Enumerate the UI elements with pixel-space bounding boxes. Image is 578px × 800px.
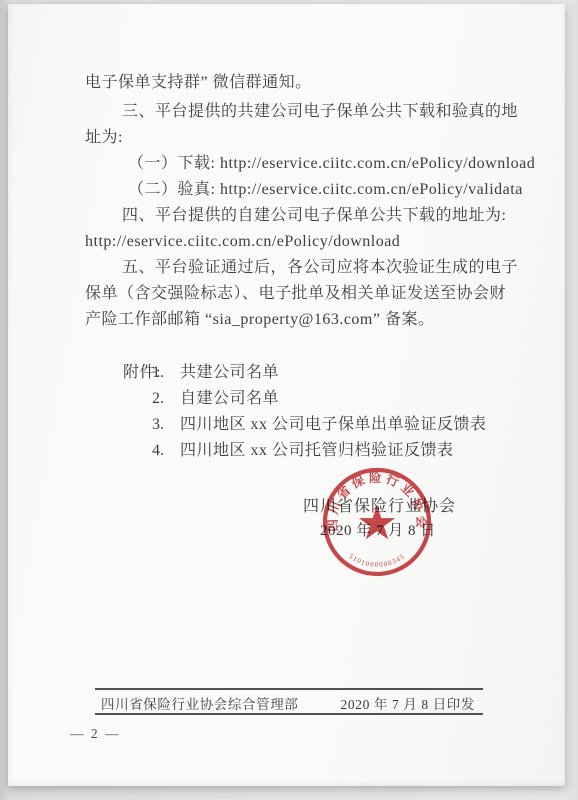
seal-star-icon xyxy=(359,505,395,539)
attachment-item: 1.共建公司名单 xyxy=(152,360,487,386)
seal-serial-number: 5101000000345 xyxy=(347,552,406,569)
body-line-email: 产险工作部邮箱 “sia_property@163.com” 备案。 xyxy=(85,307,525,333)
page-number: — 2 — xyxy=(70,726,121,742)
footer-rule-top xyxy=(95,688,483,690)
attachment-number: 2. xyxy=(152,386,180,412)
body-line-url-validate: （二）验真: http://eservice.ciitc.com.cn/ePol… xyxy=(85,177,525,203)
attachments-list: 1.共建公司名单 2.自建公司名单 3.四川地区 xx 公司电子保单出单验证反馈… xyxy=(152,360,487,464)
footer-department: 四川省保险行业协会综合管理部 xyxy=(95,693,298,713)
body-line: 电子保单支持群” 微信群通知。 xyxy=(85,70,525,96)
footer-issue-date: 2020 年 7 月 8 日印发 xyxy=(341,693,483,713)
attachment-title: 四川地区 xx 公司电子保单出单验证反馈表 xyxy=(180,416,487,433)
body-line: 五、平台验证通过后，各公司应将本次验证生成的电子 xyxy=(85,255,525,281)
attachments-label: 附件: xyxy=(123,360,161,386)
attachment-item: 3.四川地区 xx 公司电子保单出单验证反馈表 xyxy=(152,412,487,438)
attachment-title: 自建公司名单 xyxy=(180,390,279,407)
footer-rule-bottom xyxy=(95,713,483,715)
body-line: 四、平台提供的自建公司电子保单公共下载的地址为: xyxy=(85,203,525,229)
document-photo: 电子保单支持群” 微信群通知。 三、平台提供的共建公司电子保单公共下载和验真的地… xyxy=(0,0,578,800)
body-line: 保单（含交强险标志）、电子批单及相关单证发送至协会财 xyxy=(85,281,525,307)
body-line: 三、平台提供的共建公司电子保单公共下载和验真的地 xyxy=(85,99,525,125)
document-page: 电子保单支持群” 微信群通知。 三、平台提供的共建公司电子保单公共下载和验真的地… xyxy=(8,4,565,786)
attachment-number: 4. xyxy=(152,438,180,464)
footer-row: 四川省保险行业协会综合管理部 2020 年 7 月 8 日印发 xyxy=(95,693,483,713)
attachment-number: 3. xyxy=(152,412,180,438)
official-seal: 四川省保险行业协会 5101000000345 xyxy=(307,452,447,592)
body-line-url: http://eservice.ciitc.com.cn/ePolicy/dow… xyxy=(85,229,525,255)
body-text: 电子保单支持群” 微信群通知。 三、平台提供的共建公司电子保单公共下载和验真的地… xyxy=(85,70,525,333)
body-line: 址为: xyxy=(85,125,525,151)
body-line-url-download: （一）下载: http://eservice.ciitc.com.cn/ePol… xyxy=(85,151,525,177)
attachment-title: 共建公司名单 xyxy=(180,364,279,381)
attachment-item: 2.自建公司名单 xyxy=(152,386,487,412)
attachments-block: 附件: 1.共建公司名单 2.自建公司名单 3.四川地区 xx 公司电子保单出单… xyxy=(123,360,487,464)
